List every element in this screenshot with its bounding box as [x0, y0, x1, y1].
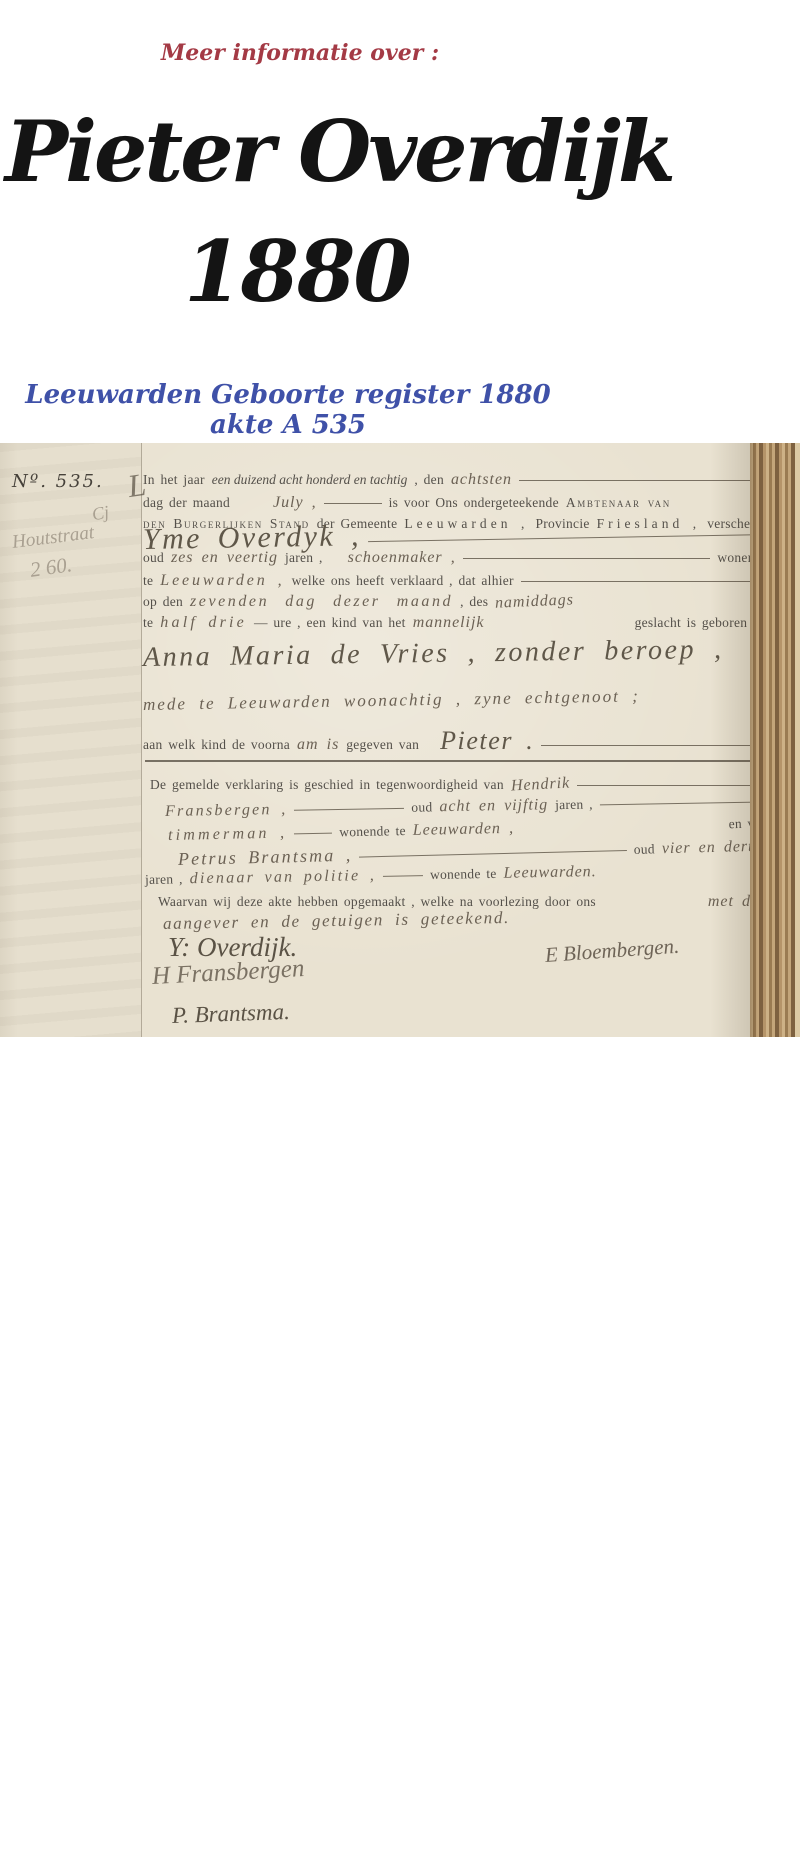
handwritten-text: Leeuwarden ,: [160, 572, 284, 590]
printed-text: dag der maand: [143, 495, 230, 511]
printed-text: wonende te: [430, 866, 497, 883]
handwritten-text: Leeuwarden ,: [413, 820, 515, 840]
genealogy-page: Meer informatie over : Pieter Overdijk 1…: [0, 0, 800, 1870]
handwritten-text: namiddags: [495, 591, 575, 612]
birth-certificate-scan: Nº. 535. L Cj Houtstraat 2 60. In het ja…: [0, 443, 800, 1037]
ruled-blank: [294, 833, 332, 835]
doc-line: De gemelde verklaring is geschied in teg…: [150, 776, 768, 794]
handwritten-text: zes en veertig: [171, 549, 278, 567]
ruled-blank: [324, 503, 382, 504]
printed-text: wonende te: [339, 823, 406, 840]
doc-line: op den zevenden dag dezer maand , des na…: [143, 593, 768, 611]
printed-text: , des: [460, 594, 488, 610]
pencil-note: Cj: [90, 502, 110, 526]
handwritten-text: am is: [297, 736, 339, 754]
doc-line: oud zes en veertig jaren , schoenmaker ,…: [143, 549, 768, 567]
printed-text: , den: [414, 472, 444, 488]
ruled-blank: [368, 534, 768, 542]
signature-witness2: P. Brantsma.: [172, 999, 291, 1029]
handwritten-name-mother: Anna Maria de Vries , zonder beroep ,: [143, 634, 724, 674]
printed-text: oud: [143, 550, 164, 566]
printed-text-smallcaps: Ambtenaar van: [566, 495, 671, 511]
printed-text: op den: [143, 594, 183, 610]
more-info-heading: Meer informatie over :: [0, 40, 600, 66]
printed-text: jaren ,: [555, 797, 593, 814]
doc-line: Anna Maria de Vries , zonder beroep ,: [143, 633, 768, 674]
handwritten-child-name: Pieter .: [440, 726, 534, 756]
handwritten-text: acht en vijftig: [439, 796, 548, 816]
handwritten-witness2-name: Petrus Brantsma ,: [178, 845, 353, 870]
printed-text: jaren ,: [145, 871, 183, 888]
printed-text: jaren ,: [285, 550, 323, 566]
signature-registrar: E Bloembergen.: [544, 934, 680, 968]
book-fore-edge: [750, 443, 800, 1037]
printed-text: te: [143, 573, 153, 589]
margin-divider-rule: [141, 443, 142, 1037]
printed-text: welke ons heeft verklaard , dat alhier: [292, 573, 514, 589]
doc-line: te Leeuwarden , welke ons heeft verklaar…: [143, 572, 768, 590]
printed-text: oud: [411, 799, 432, 815]
handwritten-text: achtsten: [451, 471, 512, 489]
birth-year-title: 1880: [0, 226, 594, 318]
handwritten-text: mede te Leeuwarden woonachtig , zyne ech…: [143, 686, 640, 715]
doc-line: In het jaar een duizend acht honderd en …: [143, 471, 768, 489]
handwritten-witness1-first: Hendrik: [510, 774, 570, 795]
handwritten-text: zevenden dag dezer maand: [190, 593, 453, 611]
doc-line: te half drie — ure , een kind van het ma…: [143, 614, 768, 632]
page-edge-shadow: [710, 443, 755, 1037]
section-rule: [145, 760, 770, 762]
ruled-blank: [383, 875, 423, 877]
handwritten-text: dienaar van politie ,: [189, 867, 376, 888]
ruled-blank: [294, 808, 404, 811]
doc-line: aan welk kind de voorna am is gegeven va…: [143, 726, 768, 756]
printed-text-italic: een duizend acht honderd en tachtig: [212, 472, 408, 488]
register-subtitle: Leeuwarden Geboorte register 1880 akte A…: [0, 380, 576, 440]
handwritten-text: half drie: [160, 614, 247, 632]
printed-text: oud: [634, 841, 655, 858]
ruled-blank: [359, 850, 626, 858]
act-number: Nº. 535.: [12, 471, 104, 492]
doc-line: dag der maand July , is voor Ons onderge…: [143, 494, 768, 512]
handwritten-text: timmerman ,: [168, 825, 288, 845]
ruled-blank: [463, 558, 711, 559]
printed-text: De gemelde verklaring is geschied in teg…: [150, 777, 504, 793]
handwritten-witness1-last: Fransbergen ,: [165, 801, 288, 821]
handwritten-text: mannelijk: [413, 614, 485, 632]
handwritten-text: July ,: [273, 494, 317, 512]
printed-text: aan welk kind de voorna: [143, 737, 290, 753]
printed-text: In het jaar: [143, 472, 205, 488]
handwritten-text: Leeuwarden.: [503, 863, 596, 883]
doc-line: mede te Leeuwarden woonachtig , zyne ech…: [143, 684, 768, 715]
printed-text: gegeven van: [346, 737, 419, 753]
printed-text: — ure , een kind van het: [254, 615, 406, 631]
printed-text: is voor Ons ondergeteekende: [389, 495, 559, 511]
handwritten-text: schoenmaker ,: [348, 549, 456, 567]
person-name-title: Pieter Overdijk: [0, 104, 678, 201]
handwritten-text: aangever en de getuigen is geteekend.: [163, 908, 510, 934]
printed-text: te: [143, 615, 153, 631]
